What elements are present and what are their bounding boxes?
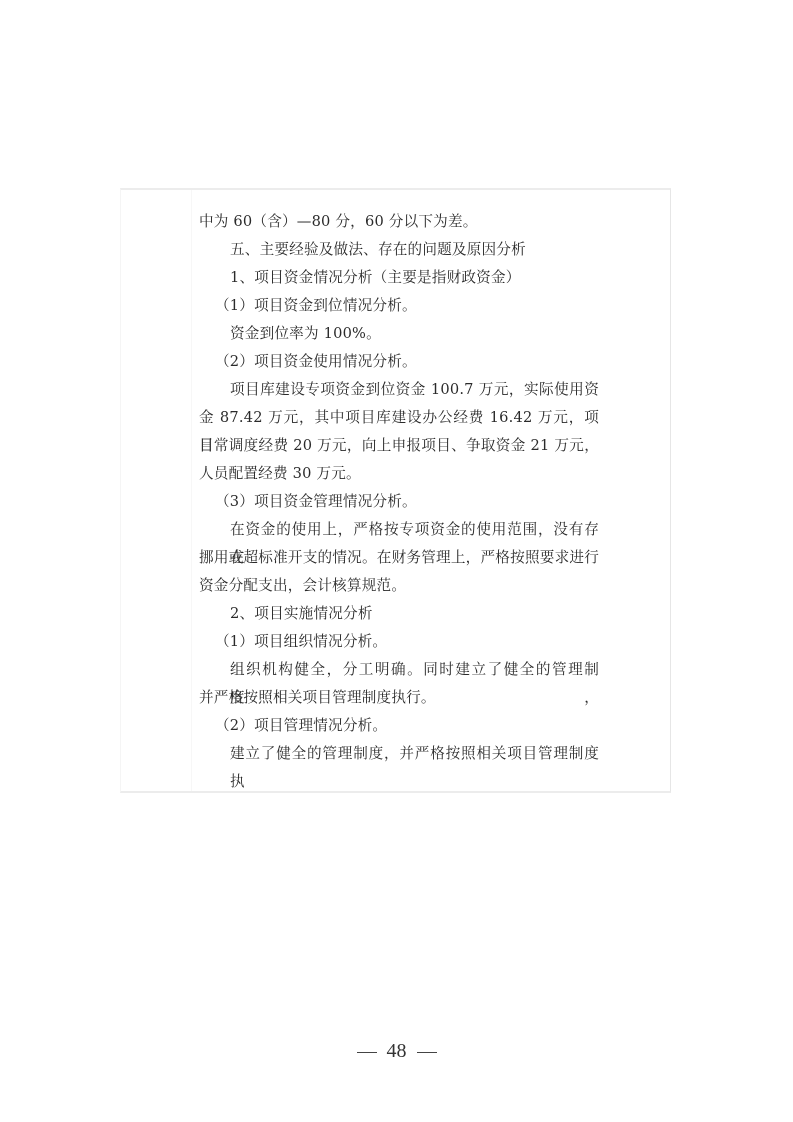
text-line: 日常调度经费 20 万元，向上申报项目、争取资金 21 万元， [199,432,599,460]
page-number: 48 [0,1040,793,1063]
dash-right [417,1052,437,1054]
text-line: 人员配置经费 30 万元。 [199,460,599,488]
scan-edge-line [191,190,192,791]
page-number-value: 48 [387,1040,407,1062]
text-line: 建立了健全的管理制度，并严格按照相关项目管理制度执 [199,740,599,768]
text-line: 中为 60（含）—80 分，60 分以下为差。 [199,208,599,236]
item-heading-2-2: （2）项目管理情况分析。 [199,712,599,740]
text-line: 组织机构健全，分工明确。同时建立了健全的管理制度， [199,656,599,684]
text-line: 挪用或超标准开支的情况。在财务管理上，严格按照要求进行 [199,544,599,572]
text-line: 在资金的使用上，严格按专项资金的使用范围，没有存在 [199,516,599,544]
text-line: 金 87.42 万元，其中项目库建设办公经费 16.42 万元，项目 [199,404,599,432]
item-heading-1-2: （2）项目资金使用情况分析。 [199,348,599,376]
item-heading-1-3: （3）项目资金管理情况分析。 [199,488,599,516]
item-heading-1-1: （1）项目资金到位情况分析。 [199,292,599,320]
subsection-heading-2: 2、项目实施情况分析 [199,600,599,628]
section-heading-5: 五、主要经验及做法、存在的问题及原因分析 [199,236,599,264]
body-text: 中为 60（含）—80 分，60 分以下为差。 五、主要经验及做法、存在的问题及… [199,208,599,768]
item-heading-2-1: （1）项目组织情况分析。 [199,628,599,656]
text-line: 项目库建设专项资金到位资金 100.7 万元，实际使用资 [199,376,599,404]
text-line: 资金分配支出，会计核算规范。 [199,572,599,600]
dash-left [357,1052,377,1054]
scanned-page-excerpt: 中为 60（含）—80 分，60 分以下为差。 五、主要经验及做法、存在的问题及… [120,188,671,793]
text-line: 资金到位率为 100%。 [199,320,599,348]
subsection-heading-1: 1、项目资金情况分析（主要是指财政资金） [199,264,599,292]
